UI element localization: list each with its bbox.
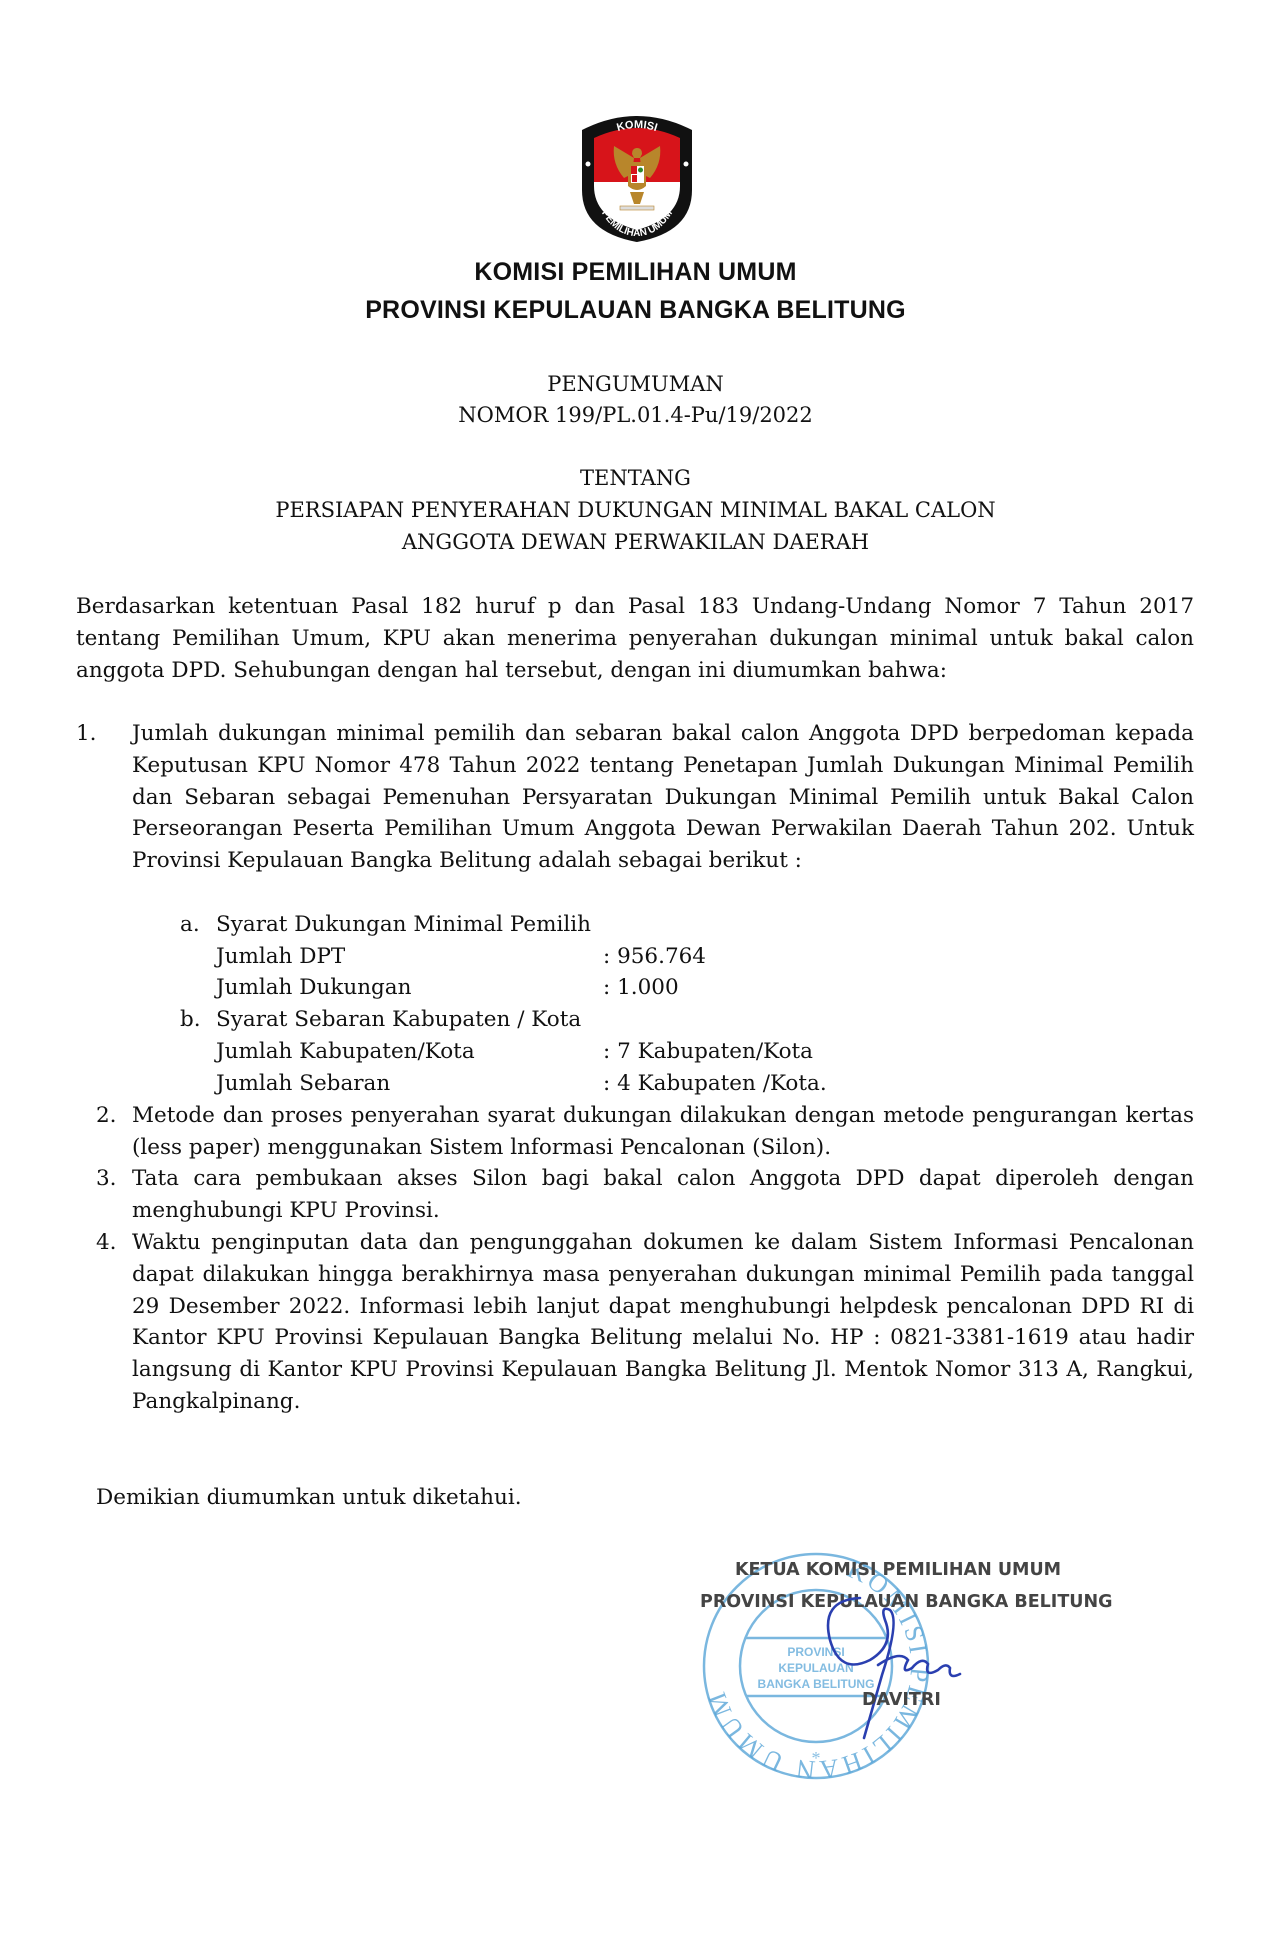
row-value: : 1.000 <box>603 972 679 1004</box>
item-text: Jumlah dukungan minimal pemilih dan seba… <box>132 718 1194 877</box>
closing-statement: Demikian diumumkan untuk diketahui. <box>96 1482 522 1514</box>
row-value: : 7 Kabupaten/Kota <box>603 1036 813 1068</box>
about-label: TENTANG <box>0 466 1271 490</box>
subitem-letter: b. <box>180 1004 201 1036</box>
institution-name: KOMISI PEMILIHAN UMUM <box>0 258 1271 287</box>
row-label: Jumlah Kabupaten/Kota <box>216 1036 475 1068</box>
subject-line-1: PERSIAPAN PENYERAHAN DUKUNGAN MINIMAL BA… <box>0 498 1271 522</box>
province-name: PROVINSI KEPULAUAN BANGKA BELITUNG <box>0 296 1271 325</box>
item-text: Waktu penginputan data dan pengunggahan … <box>132 1227 1194 1418</box>
announcement-document: KOMISI PEMILIHAN UMUM KOMISI PEMILIHAN U… <box>0 0 1271 1949</box>
subitem-title: Syarat Sebaran Kabupaten / Kota <box>216 1004 581 1036</box>
row-label: Jumlah Dukungan <box>216 972 411 1004</box>
row-value: : 956.764 <box>603 941 706 973</box>
item-number: 4. <box>96 1227 117 1259</box>
announcement-title: PENGUMUMAN <box>0 372 1271 396</box>
handwritten-signature-icon <box>800 1590 990 1740</box>
item-number: 2. <box>96 1100 117 1132</box>
kpu-logo-icon: KOMISI PEMILIHAN UMUM <box>578 108 696 242</box>
subitem-title: Syarat Dukungan Minimal Pemilih <box>216 909 591 941</box>
item-number: 1. <box>76 718 97 750</box>
item-number: 3. <box>96 1163 117 1195</box>
row-label: Jumlah DPT <box>216 941 345 973</box>
signatory-title-line-1: KETUA KOMISI PEMILIHAN UMUM <box>735 1560 1061 1580</box>
item-text: Metode dan proses penyerahan syarat duku… <box>132 1100 1194 1164</box>
item-text: Tata cara pembukaan akses Silon bagi bak… <box>132 1163 1194 1227</box>
announcement-number: NOMOR 199/PL.01.4-Pu/19/2022 <box>0 403 1271 427</box>
svg-text:*: * <box>812 1748 821 1768</box>
intro-paragraph: Berdasarkan ketentuan Pasal 182 huruf p … <box>76 591 1194 686</box>
signatory-name: DAVITRI <box>862 1690 941 1710</box>
row-label: Jumlah Sebaran <box>216 1068 390 1100</box>
subject-line-2: ANGGOTA DEWAN PERWAKILAN DAERAH <box>0 530 1271 554</box>
row-value: : 4 Kabupaten /Kota. <box>603 1068 827 1100</box>
subitem-letter: a. <box>180 909 200 941</box>
